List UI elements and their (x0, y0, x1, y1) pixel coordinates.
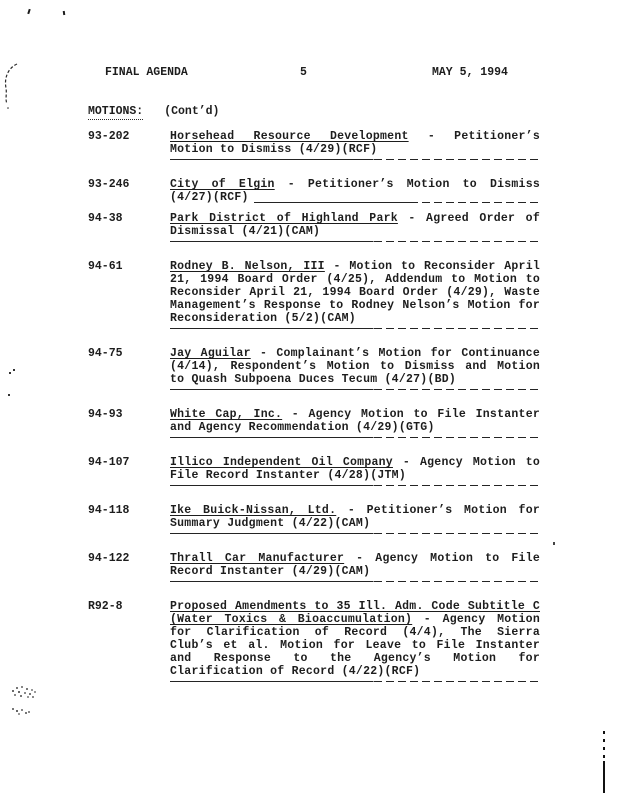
motion-text: Park District of Highland Park - Agreed … (170, 212, 540, 238)
case-title: Jay Aguilar (170, 347, 251, 360)
motion-entry: 94-122Thrall Car Manufacturer - Agency M… (88, 552, 540, 583)
motion-desc: Horsehead Resource Development - Petitio… (170, 130, 540, 161)
entry-rule (170, 581, 540, 583)
motion-entry: 94-118Ike Buick-Nissan, Ltd. - Petitione… (88, 504, 540, 535)
motion-entry: 94-107Illico Independent Oil Company - A… (88, 456, 540, 487)
motion-desc: City of Elgin - Petitioner’s Motion to D… (170, 178, 540, 204)
scan-speck (8, 394, 10, 396)
motion-text: Thrall Car Manufacturer - Agency Motion … (170, 552, 540, 578)
docket-number: 94-107 (88, 456, 170, 487)
motion-desc: Thrall Car Manufacturer - Agency Motion … (170, 552, 540, 583)
docket-number: 94-75 (88, 347, 170, 391)
entry-rule (170, 328, 540, 330)
case-title: Ike Buick-Nissan, Ltd. (170, 504, 336, 517)
docket-number: 94-61 (88, 260, 170, 330)
section-label: MOTIONS: (88, 105, 143, 120)
motion-desc: Rodney B. Nelson, III - Motion to Recons… (170, 260, 540, 330)
motion-desc: White Cap, Inc. - Agency Motion to File … (170, 408, 540, 439)
entries: 93-202Horsehead Resource Development - P… (88, 130, 540, 683)
motion-text: City of Elgin - Petitioner’s Motion to D… (170, 178, 540, 204)
case-title: Thrall Car Manufacturer (170, 552, 344, 565)
section-heading: MOTIONS:(Cont’d) (88, 105, 540, 118)
docket-number: 93-246 (88, 178, 170, 204)
docket-number: 94-38 (88, 212, 170, 243)
case-title: City of Elgin (170, 178, 275, 191)
docket-number: 94-93 (88, 408, 170, 439)
page-content: FINAL AGENDA 5 MAY 5, 1994 MOTIONS:(Cont… (88, 66, 540, 700)
scan-mark-tick (63, 11, 66, 15)
case-title: Rodney B. Nelson, III (170, 260, 325, 273)
motion-text: White Cap, Inc. - Agency Motion to File … (170, 408, 540, 434)
case-title: White Cap, Inc. (170, 408, 282, 421)
motion-entry: R92-8Proposed Amendments to 35 Ill. Adm.… (88, 600, 540, 683)
motion-entry: 94-61Rodney B. Nelson, III - Motion to R… (88, 260, 540, 330)
entry-rule (170, 437, 540, 439)
motion-desc: Ike Buick-Nissan, Ltd. - Petitioner’s Mo… (170, 504, 540, 535)
motion-desc: Park District of Highland Park - Agreed … (170, 212, 540, 243)
entry-rule (170, 533, 540, 535)
docket-number: R92-8 (88, 600, 170, 683)
motion-entry: 93-202Horsehead Resource Development - P… (88, 130, 540, 161)
entry-rule (170, 389, 540, 391)
motion-text: Ike Buick-Nissan, Ltd. - Petitioner’s Mo… (170, 504, 540, 530)
page-header: FINAL AGENDA 5 MAY 5, 1994 (88, 66, 540, 79)
entry-rule (254, 202, 540, 203)
motion-text: Jay Aguilar - Complainant’s Motion for C… (170, 347, 540, 386)
scan-mark-tick (27, 9, 30, 14)
motion-entry: 94-75Jay Aguilar - Complainant’s Motion … (88, 347, 540, 391)
docket-number: 94-118 (88, 504, 170, 535)
page-number: 5 (300, 66, 307, 79)
case-title: Horsehead Resource Development (170, 130, 409, 143)
entry-rule (170, 241, 540, 243)
motion-text: Proposed Amendments to 35 Ill. Adm. Code… (170, 600, 540, 678)
motion-desc: Proposed Amendments to 35 Ill. Adm. Code… (170, 600, 540, 683)
scan-speck (9, 372, 11, 374)
motion-text: Illico Independent Oil Company - Agency … (170, 456, 540, 482)
motion-entry: 94-38Park District of Highland Park - Ag… (88, 212, 540, 243)
scan-speck (553, 542, 555, 545)
motion-text: Horsehead Resource Development - Petitio… (170, 130, 540, 156)
header-title: FINAL AGENDA (105, 66, 188, 79)
motion-desc: Illico Independent Oil Company - Agency … (170, 456, 540, 487)
header-date: MAY 5, 1994 (432, 66, 508, 79)
entry-rule (170, 159, 540, 161)
motion-entry: 93-246City of Elgin - Petitioner’s Motio… (88, 178, 540, 204)
document-page: FINAL AGENDA 5 MAY 5, 1994 MOTIONS:(Cont… (0, 0, 618, 800)
motion-text: Rodney B. Nelson, III - Motion to Recons… (170, 260, 540, 325)
motion-entry: 94-93White Cap, Inc. - Agency Motion to … (88, 408, 540, 439)
docket-number: 94-122 (88, 552, 170, 583)
entry-rule (170, 681, 540, 683)
case-title: Illico Independent Oil Company (170, 456, 393, 469)
docket-number: 93-202 (88, 130, 170, 161)
case-title: Park District of Highland Park (170, 212, 398, 225)
scan-smudge (12, 690, 14, 692)
pen-scribble-mark (2, 62, 22, 110)
motion-desc: Jay Aguilar - Complainant’s Motion for C… (170, 347, 540, 391)
section-continued-label: (Cont’d) (164, 105, 219, 118)
entry-rule (170, 485, 540, 487)
scan-edge-line (603, 731, 605, 793)
